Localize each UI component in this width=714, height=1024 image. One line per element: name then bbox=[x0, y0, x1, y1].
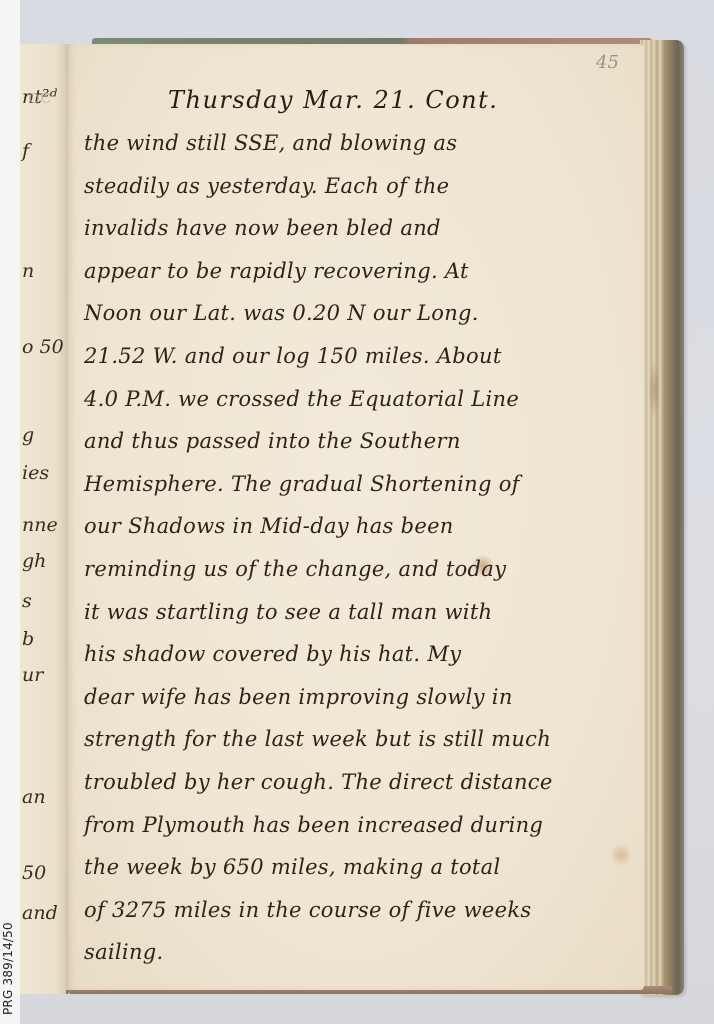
page-edges-stack bbox=[640, 40, 684, 995]
entry-line: reminding us of the change, and today bbox=[84, 548, 640, 591]
left-page: nt²ᵈ f n o 50 g ies nne gh s b ur an 50 … bbox=[20, 44, 68, 994]
left-fragment: 50 bbox=[22, 862, 46, 884]
entry-line: appear to be rapidly recovering. At bbox=[84, 250, 640, 293]
entry-line: steadily as yesterday. Each of the bbox=[84, 165, 640, 208]
paper-stain bbox=[648, 360, 660, 420]
entry-line: invalids have now been bled and bbox=[84, 207, 640, 250]
entry-line: the wind still SSE, and blowing as bbox=[84, 122, 640, 165]
entry-line: strength for the last week but is still … bbox=[84, 718, 640, 761]
entry-line: 21.52 W. and our log 150 miles. About bbox=[84, 335, 640, 378]
left-fragment: f bbox=[22, 140, 29, 162]
left-fragment: n bbox=[22, 260, 34, 282]
left-fragment: b bbox=[22, 628, 34, 650]
left-fragment: an bbox=[22, 786, 46, 808]
left-fragment: s bbox=[22, 590, 32, 612]
entry-line: troubled by her cough. The direct distan… bbox=[84, 761, 640, 804]
entry-line: our Shadows in Mid-day has been bbox=[84, 505, 640, 548]
entry-line: the week by 650 miles, making a total bbox=[84, 846, 640, 889]
catalog-margin: PRG 389/14/50 bbox=[0, 0, 20, 1024]
journal-entry: Thursday Mar. 21. Cont. the wind still S… bbox=[84, 78, 640, 974]
left-fragment: ur bbox=[22, 664, 43, 686]
ink-bleed-through: oc bbox=[28, 84, 51, 108]
entry-line: his shadow covered by his hat. My bbox=[84, 633, 640, 676]
left-fragment: g bbox=[22, 424, 34, 446]
entry-line: and thus passed into the Southern bbox=[84, 420, 640, 463]
entry-line: it was startling to see a tall man with bbox=[84, 591, 640, 634]
entry-line: of 3275 miles in the course of five week… bbox=[84, 889, 640, 932]
entry-line: Noon our Lat. was 0.20 N our Long. bbox=[84, 292, 640, 335]
call-number-label: PRG 389/14/50 bbox=[1, 922, 15, 1015]
entry-heading: Thursday Mar. 21. Cont. bbox=[84, 78, 640, 122]
entry-line: Hemisphere. The gradual Shortening of bbox=[84, 463, 640, 506]
entry-line: dear wife has been improving slowly in bbox=[84, 676, 640, 719]
left-fragment: o 50 bbox=[22, 336, 64, 358]
left-fragment: nne bbox=[22, 514, 58, 536]
entry-line: from Plymouth has been increased during bbox=[84, 804, 640, 847]
entry-line: sailing. bbox=[84, 931, 640, 974]
left-fragment: gh bbox=[22, 550, 46, 572]
left-fragment: and bbox=[22, 902, 58, 924]
left-fragment: ies bbox=[22, 462, 49, 484]
left-page-text-fragments: nt²ᵈ f n o 50 g ies nne gh s b ur an 50 … bbox=[20, 44, 66, 994]
page-number: 45 bbox=[596, 52, 619, 73]
entry-line: 4.0 P.M. we crossed the Equatorial Line bbox=[84, 378, 640, 421]
